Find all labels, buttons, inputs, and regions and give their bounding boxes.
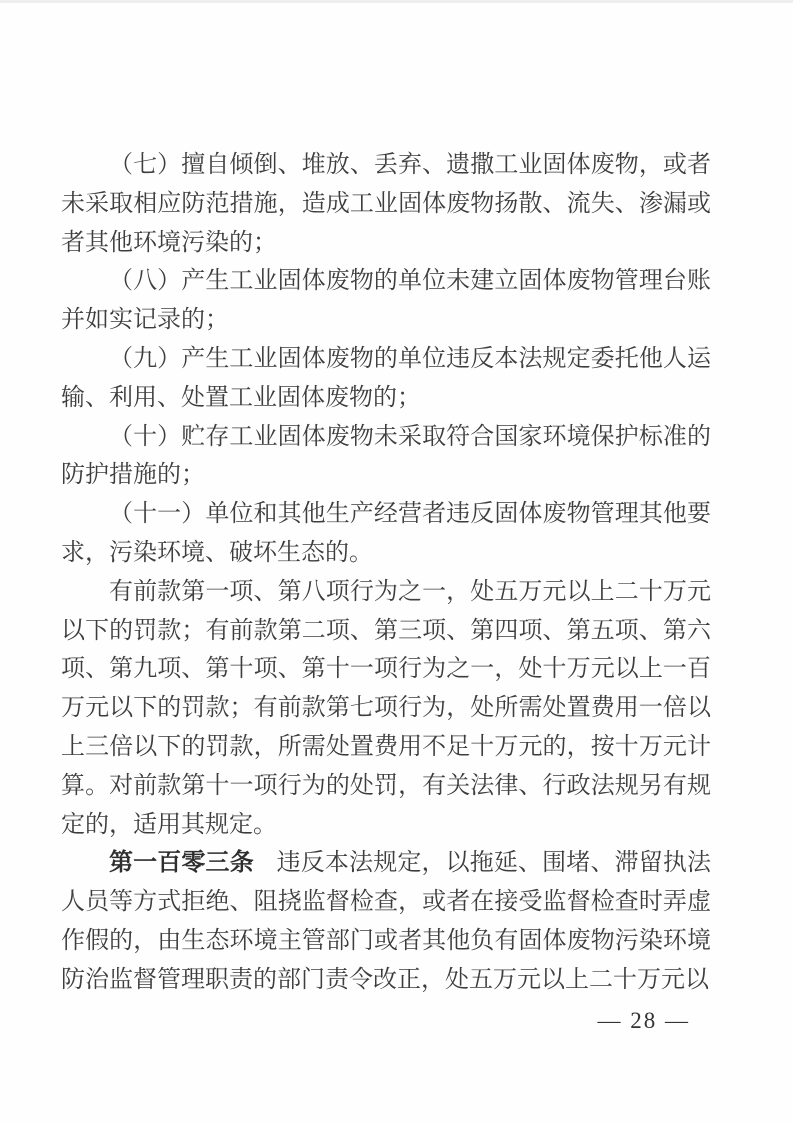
- article-103-paragraph: 第一百零三条违反本法规定，以拖延、围堵、滞留执法人员等方式拒绝、阻挠监督检查，或…: [61, 843, 711, 998]
- clause-item-9: （九）产生工业固体废物的单位违反本法规定委托他人运输、利用、处置工业固体废物的；: [61, 339, 711, 417]
- clause-item-11: （十一）单位和其他生产经营者违反固体废物管理其他要求，污染环境、破坏生态的。: [61, 494, 711, 572]
- legal-text-block: （七）擅自倾倒、堆放、丢弃、遗撒工业固体废物，或者未采取相应防范措施，造成工业固…: [61, 145, 711, 999]
- scan-edge: [0, 0, 793, 3]
- penalty-paragraph: 有前款第一项、第八项行为之一，处五万元以上二十万元以下的罚款；有前款第二项、第三…: [61, 572, 711, 844]
- page-number: — 28 —: [598, 1008, 691, 1034]
- article-103-number: 第一百零三条: [109, 848, 254, 876]
- clause-item-8: （八）产生工业固体废物的单位未建立固体废物管理台账并如实记录的；: [61, 261, 711, 339]
- clause-item-10: （十）贮存工业固体废物未采取符合国家环境保护标准的防护措施的；: [61, 417, 711, 495]
- document-page: （七）擅自倾倒、堆放、丢弃、遗撒工业固体废物，或者未采取相应防范措施，造成工业固…: [0, 0, 793, 1122]
- clause-item-7: （七）擅自倾倒、堆放、丢弃、遗撒工业固体废物，或者未采取相应防范措施，造成工业固…: [61, 145, 711, 261]
